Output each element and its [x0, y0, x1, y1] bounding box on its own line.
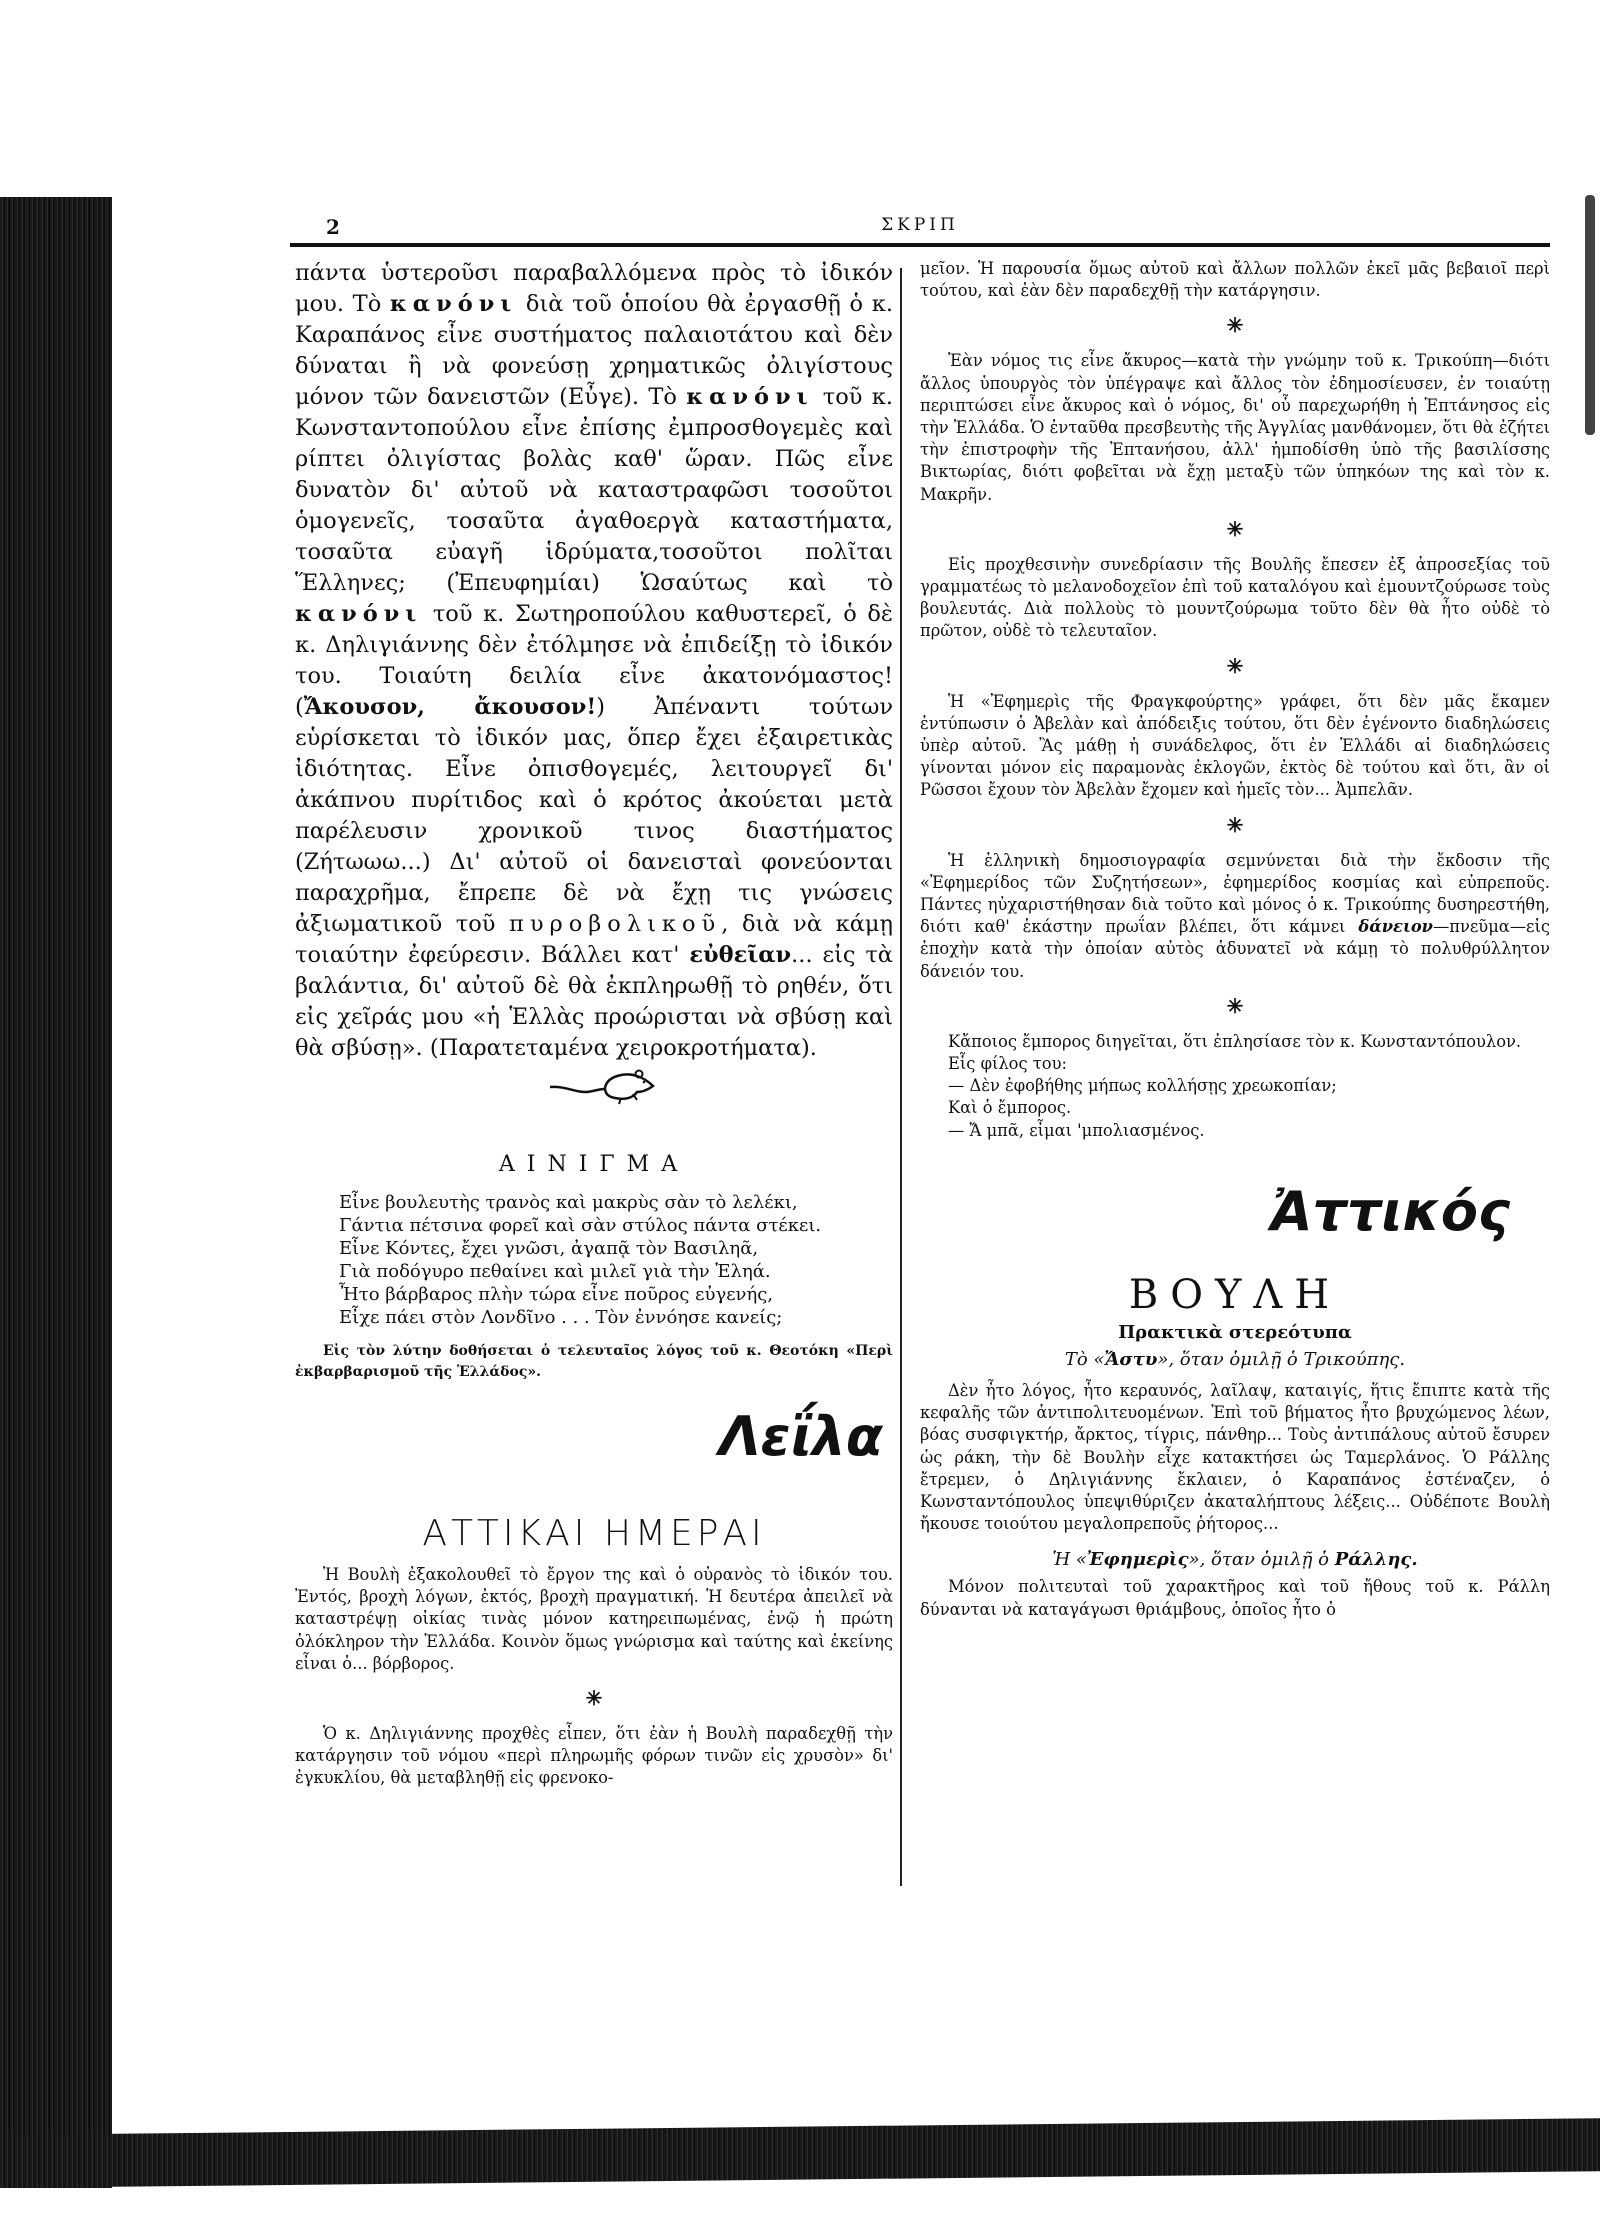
attikai-paragraph-1: Ἡ Βουλὴ ἐξακολουθεῖ τὸ ἔργον της καὶ ὁ ο…	[295, 1564, 893, 1675]
poem-line: Ἦτο βάρβαρος πλὴν τώρα εἶνε ποῦρος εὐγεν…	[339, 1283, 893, 1306]
separator-star-icon: ✳	[295, 1687, 893, 1709]
frankfurt-paragraph: Ἡ «Ἐφημερὶς τῆς Φραγκφούρτης» γράφει, ὅτ…	[920, 691, 1550, 802]
ainigma-note: Εἰς τὸν λύτην δοθήσεται ὁ τελευταῖος λόγ…	[295, 1341, 893, 1383]
separator-star-icon: ✳	[920, 814, 1550, 836]
poem-line: Εἶχε πάει στὸν Λονδῖνο . . . Τὸν ἐννόησε…	[339, 1306, 893, 1329]
ainigma-title: ΑΙΝΙΓΜΑ	[295, 1152, 893, 1177]
right-column: μεῖον. Ἡ παρουσία ὅμως αὐτοῦ καὶ ἄλλων π…	[920, 258, 1550, 1621]
anecdote: Κἄποιος ἔμπορος διηγεῖται, ὅτι ἐπλησίασε…	[920, 1031, 1550, 1142]
masthead: ΣΚΡΙΠ	[290, 215, 1550, 235]
speech-paragraph: πάντα ὑστεροῦσι παραβαλλόμενα πρὸς τὸ ἰδ…	[295, 258, 893, 1064]
poem-line: Γάντια πέτσινα φορεῖ καὶ σὰν στύλος πάντ…	[339, 1214, 893, 1237]
page-header: 2 ΣΚΡΙΠ	[290, 215, 1550, 239]
poem-line: Εἶνε Κόντες, ἔχει γνῶσι, ἀγαπᾷ τὸν Βασιλ…	[339, 1237, 893, 1260]
ainigma-poem: Εἶνε βουλευτὴς τρανὸς καὶ μακρὺς σὰν τὸ …	[295, 1191, 893, 1329]
attikai-paragraph-2: Ὁ κ. Δηλιγιάννης προχθὲς εἶπεν, ὅτι ἐὰν …	[295, 1723, 893, 1790]
scan-border-left	[0, 197, 112, 2188]
voule-title: ΒΟΥΛΗ	[920, 1272, 1550, 1318]
continued-paragraph: μεῖον. Ἡ παρουσία ὅμως αὐτοῦ καὶ ἄλλων π…	[920, 258, 1550, 302]
efimeris-heading: Ἡ «Ἐφημερὶς», ὅταν ὁμιλῇ ὁ Ράλλης.	[920, 1549, 1550, 1570]
poem-line: Εἶνε βουλευτὴς τρανὸς καὶ μακρὺς σὰν τὸ …	[339, 1191, 893, 1214]
dimosiografia-paragraph: Ἡ ἑλληνικὴ δημοσιογραφία σεμνύνεται διὰ …	[920, 850, 1550, 983]
melanodocheion-paragraph: Εἰς προχθεσινὴν συνεδρίασιν τῆς Βουλῆς ἔ…	[920, 554, 1550, 643]
poem-line: Γιὰ ποδόγυρο πεθαίνει καὶ μιλεῖ γιὰ τὴν …	[339, 1260, 893, 1283]
astu-heading: Τὸ «Ἄστυ», ὅταν ὁμιλῇ ὁ Τρικούπης.	[920, 1349, 1550, 1370]
mouse-icon	[545, 1064, 655, 1114]
separator-star-icon: ✳	[920, 995, 1550, 1017]
eptanisos-paragraph: Ἐὰν νόμος τις εἶνε ἄκυρος—κατὰ τὴν γνώμη…	[920, 350, 1550, 505]
column-divider	[900, 268, 902, 1886]
attikai-title: ΑΤΤΙΚΑΙ ΗΜΕΡΑΙ	[295, 1513, 893, 1554]
scan-border-right-mark	[1585, 195, 1595, 435]
separator-star-icon: ✳	[920, 518, 1550, 540]
astu-paragraph: Δὲν ἦτο λόγος, ἦτο κεραυνός, λαῖλαψ, κατ…	[920, 1380, 1550, 1535]
signature-attikos: Ἀττικός	[920, 1180, 1510, 1250]
signature-leila: Λεΐλα	[295, 1405, 883, 1475]
scan-border-bottom	[0, 2118, 1600, 2188]
header-rule	[290, 243, 1550, 247]
efimeris-paragraph: Μόνον πολιτευταὶ τοῦ χαρακτῆρος καὶ τοῦ …	[920, 1576, 1550, 1620]
voule-subtitle: Πρακτικὰ στερεότυπα	[920, 1322, 1550, 1343]
left-column: πάντα ὑστεροῦσι παραβαλλόμενα πρὸς τὸ ἰδ…	[295, 258, 893, 1790]
separator-star-icon: ✳	[920, 314, 1550, 336]
separator-star-icon: ✳	[920, 655, 1550, 677]
